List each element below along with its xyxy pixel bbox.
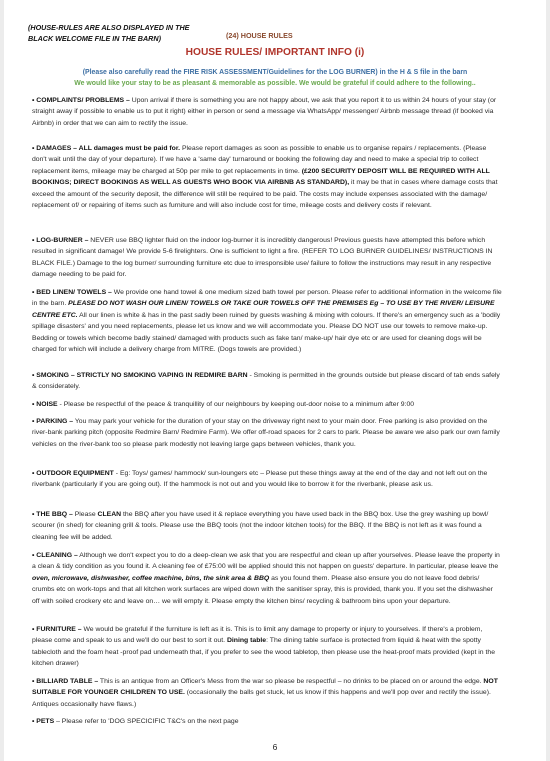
rule-furniture: • FURNITURE – We would be grateful if th… bbox=[32, 624, 502, 670]
rule-heading: • OUTDOOR EQUIPMENT bbox=[32, 470, 114, 477]
rule-heading: • LOG-BURNER – bbox=[32, 237, 88, 244]
rule-text: You may park your vehicle for the durati… bbox=[32, 418, 500, 448]
rule-text: This is an antique from an Officer's Mes… bbox=[98, 678, 481, 685]
rule-bold-text: Dining table bbox=[225, 637, 266, 644]
rule-billiard-table: • BILLIARD TABLE – This is an antique fr… bbox=[32, 676, 502, 710]
rule-heading: • SMOKING – STRICTLY NO SMOKING VAPING I… bbox=[32, 372, 248, 379]
rule-heading: • BILLIARD TABLE – bbox=[32, 678, 98, 685]
rule-text: – Please refer to 'DOG SPECICIFIC T&C's … bbox=[54, 718, 238, 725]
rule-noise: • NOISE - Please be respectful of the pe… bbox=[32, 399, 502, 410]
rule-text: - Please be respectful of the peace & tr… bbox=[58, 401, 414, 408]
section-number: (24) HOUSE RULES bbox=[226, 31, 293, 40]
rule-outdoor-equipment: • OUTDOOR EQUIPMENT - Eg: Toys/ games/ h… bbox=[32, 468, 502, 491]
rule-heading: • CLEANING – bbox=[32, 552, 78, 559]
rule-smoking: • SMOKING – STRICTLY NO SMOKING VAPING I… bbox=[32, 370, 502, 393]
rule-heading: • DAMAGES – ALL damages must be paid for… bbox=[32, 145, 180, 152]
rule-parking: • PARKING – You may park your vehicle fo… bbox=[32, 416, 502, 450]
page-number: 6 bbox=[4, 742, 546, 752]
rule-bbq: • THE BBQ – Please CLEAN the BBQ after y… bbox=[32, 509, 502, 543]
welcome-file-note: (HOUSE-RULES ARE ALSO DISPLAYED IN THE B… bbox=[28, 22, 198, 44]
page-title: HOUSE RULES/ IMPORTANT INFO (i) bbox=[4, 47, 546, 58]
rule-text-2: All our linen is white & has in the past… bbox=[32, 312, 500, 353]
rule-complaints: • COMPLAINTS/ PROBLEMS – Upon arrival if… bbox=[32, 95, 502, 129]
rule-heading: • PARKING – bbox=[32, 418, 73, 425]
rule-text: NEVER use BBQ lighter fluid on the indoo… bbox=[32, 237, 492, 278]
rule-text: Please bbox=[73, 511, 96, 518]
rule-bold-text: oven, microwave, dishwasher, coffee mach… bbox=[32, 575, 269, 582]
rule-heading: • THE BBQ – bbox=[32, 511, 73, 518]
rule-heading: • BED LINEN/ TOWELS – bbox=[32, 289, 112, 296]
rule-heading: • FURNITURE – bbox=[32, 626, 82, 633]
rule-bed-linen: • BED LINEN/ TOWELS – We provide one han… bbox=[32, 287, 502, 355]
fire-risk-notice: (Please also carefully read the FIRE RIS… bbox=[4, 69, 546, 76]
rule-pets: • PETS – Please refer to 'DOG SPECICIFIC… bbox=[32, 716, 502, 727]
welcome-message: We would like your stay to be as pleasan… bbox=[4, 80, 546, 87]
rule-text: Although we don't expect you to do a dee… bbox=[32, 552, 500, 570]
rule-bold-text: CLEAN bbox=[96, 511, 121, 518]
rule-cleaning: • CLEANING – Although we don't expect yo… bbox=[32, 550, 502, 607]
rule-heading: • COMPLAINTS/ PROBLEMS – bbox=[32, 97, 130, 104]
rule-log-burner: • LOG-BURNER – NEVER use BBQ lighter flu… bbox=[32, 235, 502, 281]
rule-damages: • DAMAGES – ALL damages must be paid for… bbox=[32, 143, 502, 211]
document-page: (HOUSE-RULES ARE ALSO DISPLAYED IN THE B… bbox=[4, 0, 546, 761]
rule-heading: • NOISE bbox=[32, 401, 58, 408]
rule-heading: • PETS bbox=[32, 718, 54, 725]
